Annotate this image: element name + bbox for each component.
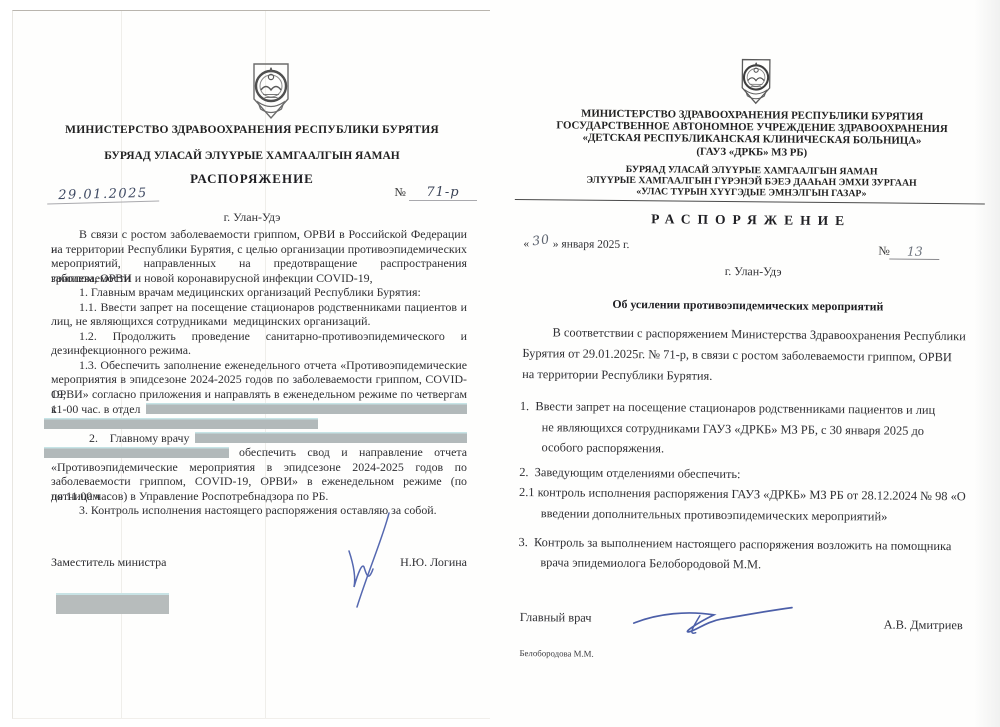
body-line: введении дополнительных противоэпидемиче… bbox=[519, 503, 961, 528]
body-line: В связи с ростом заболеваемости гриппом,… bbox=[51, 227, 467, 242]
redaction-bar bbox=[44, 418, 318, 429]
right-intro-paragraph: В соответствии с распоряжением Министерс… bbox=[522, 322, 963, 389]
right-organization-header-buryat: БУРЯАД УЛАСАЙ ЭЛҮҮРЫЕ ХАМГААЛГЫН ЯАМАН Э… bbox=[509, 163, 994, 201]
number-sign: № bbox=[395, 185, 406, 199]
left-handwritten-number: 71-р bbox=[409, 185, 477, 201]
body-line: 1.3. Обеспечить заполнение еженедельного… bbox=[51, 358, 467, 373]
body-line-with-redaction: обеспечить свод и направление отчета bbox=[51, 445, 467, 460]
date-suffix: » января 2025 г. bbox=[553, 238, 630, 251]
right-document-type: РАСПОРЯЖЕНИЕ bbox=[509, 210, 994, 231]
body-line: 11-00 час. в отдел bbox=[51, 402, 140, 417]
right-document-number: №13 bbox=[878, 242, 940, 259]
date-quote-open: « bbox=[523, 238, 529, 250]
body-line: на территории Республики Бурятия. bbox=[522, 364, 962, 389]
left-document-body: В связи с ростом заболеваемости гриппом,… bbox=[51, 227, 467, 518]
right-footer-name: Белобородова М.М. bbox=[519, 648, 593, 659]
body-line: 1.1. Ввести запрет на посещение стациона… bbox=[51, 300, 467, 315]
left-ministry-name: МИНИСТЕРСТВО ЗДРАВООХРАНЕНИЯ РЕСПУБЛИКИ … bbox=[13, 124, 491, 136]
redaction-bar bbox=[44, 447, 229, 458]
body-line: гриппом, ОРВИ и новой коронавирусной инф… bbox=[51, 271, 467, 286]
buryatia-coat-of-arms-icon bbox=[249, 61, 293, 128]
left-signature bbox=[343, 511, 407, 616]
body-line: обеспечить свод и направление отчета bbox=[229, 445, 467, 460]
body-line: особого распоряжения. bbox=[519, 437, 961, 462]
body-line-with-redaction: 11-00 час. в отдел bbox=[51, 402, 467, 417]
right-city: г. Улан-Удэ bbox=[508, 262, 998, 282]
right-subject-title: Об усилении противоэпидемических меропри… bbox=[508, 296, 988, 316]
right-signer-name: А.В. Дмитриев bbox=[884, 618, 963, 634]
left-handwritten-date: 29.01.2025 bbox=[47, 186, 159, 205]
body-line: «Противоэпидемические мероприятия в эпид… bbox=[51, 460, 467, 475]
redaction-bar bbox=[146, 403, 467, 414]
right-handwritten-date: 30 bbox=[531, 231, 551, 248]
right-numbered-items: 1. Ввести запрет на посещение стационаро… bbox=[518, 396, 962, 577]
body-line: до 11.00 часов) в Управление Роспотребна… bbox=[51, 489, 467, 504]
body-line: 1. Главным врачам медицинских организаци… bbox=[51, 285, 467, 300]
body-line: дезинфекционного режима. bbox=[51, 343, 467, 358]
body-line: ОРВИ» согласно приложения и направлять в… bbox=[51, 387, 467, 402]
left-signer-name: Н.Ю. Логина bbox=[400, 555, 467, 570]
body-line: врача эпидемиолога Белобородовой М.М. bbox=[518, 552, 960, 577]
body-line: мероприятия в эпидсезоне 2024-2025 годов… bbox=[51, 372, 467, 387]
number-sign: № bbox=[878, 243, 890, 257]
body-line-with-redaction: 2. Главному врачу bbox=[51, 431, 467, 446]
right-signature bbox=[630, 601, 800, 650]
right-date-number-row: « 30 » января 2025 г. №13 bbox=[523, 235, 978, 259]
scanned-documents-canvas: МИНИСТЕРСТВО ЗДРАВООХРАНЕНИЯ РЕСПУБЛИКИ … bbox=[0, 0, 1000, 727]
body-line: на территории Республики Бурятия, с цель… bbox=[51, 242, 467, 257]
redacted-line bbox=[51, 416, 467, 431]
right-organization-header: МИНИСТЕРСТВО ЗДРАВООХРАНЕНИЯ РЕСПУБЛИКИ … bbox=[509, 107, 994, 160]
buryatia-coat-of-arms-icon bbox=[736, 57, 777, 112]
left-date-number-row: 29.01.2025 № 71-р bbox=[47, 185, 477, 205]
body-line: заболеваемости гриппом, COVID-19, ОРВИ» … bbox=[51, 474, 467, 489]
redaction-bar bbox=[195, 432, 467, 443]
body-line: лиц, не являющихся сотрудниками медицинс… bbox=[51, 314, 467, 329]
left-ministry-name-buryat: БУРЯАД УЛАСАЙ ЭЛҮҮРЫЕ ХАМГААЛГЫН ЯАМАН bbox=[13, 150, 491, 162]
right-handwritten-number: 13 bbox=[890, 244, 940, 260]
left-document-page: МИНИСТЕРСТВО ЗДРАВООХРАНЕНИЯ РЕСПУБЛИКИ … bbox=[12, 10, 492, 719]
left-city: г. Улан-Удэ bbox=[13, 210, 491, 225]
right-page-content: МИНИСТЕРСТВО ЗДРАВООХРАНЕНИЯ РЕСПУБЛИКИ … bbox=[484, 0, 1000, 727]
right-document-page: МИНИСТЕРСТВО ЗДРАВООХРАНЕНИЯ РЕСПУБЛИКИ … bbox=[490, 0, 1000, 727]
left-signer-title: Заместитель министра bbox=[51, 555, 166, 570]
right-signer-title: Главный врач bbox=[520, 610, 592, 626]
body-line: мероприятий, направленных на предотвраще… bbox=[51, 256, 467, 271]
left-document-number: № 71-р bbox=[395, 185, 477, 201]
scan-edge-shadow bbox=[974, 0, 1000, 727]
body-line: 1.2. Продолжить проведение санитарно-про… bbox=[51, 329, 467, 344]
body-line: 2. Главному врачу bbox=[51, 431, 189, 446]
redaction-bar bbox=[56, 593, 169, 614]
